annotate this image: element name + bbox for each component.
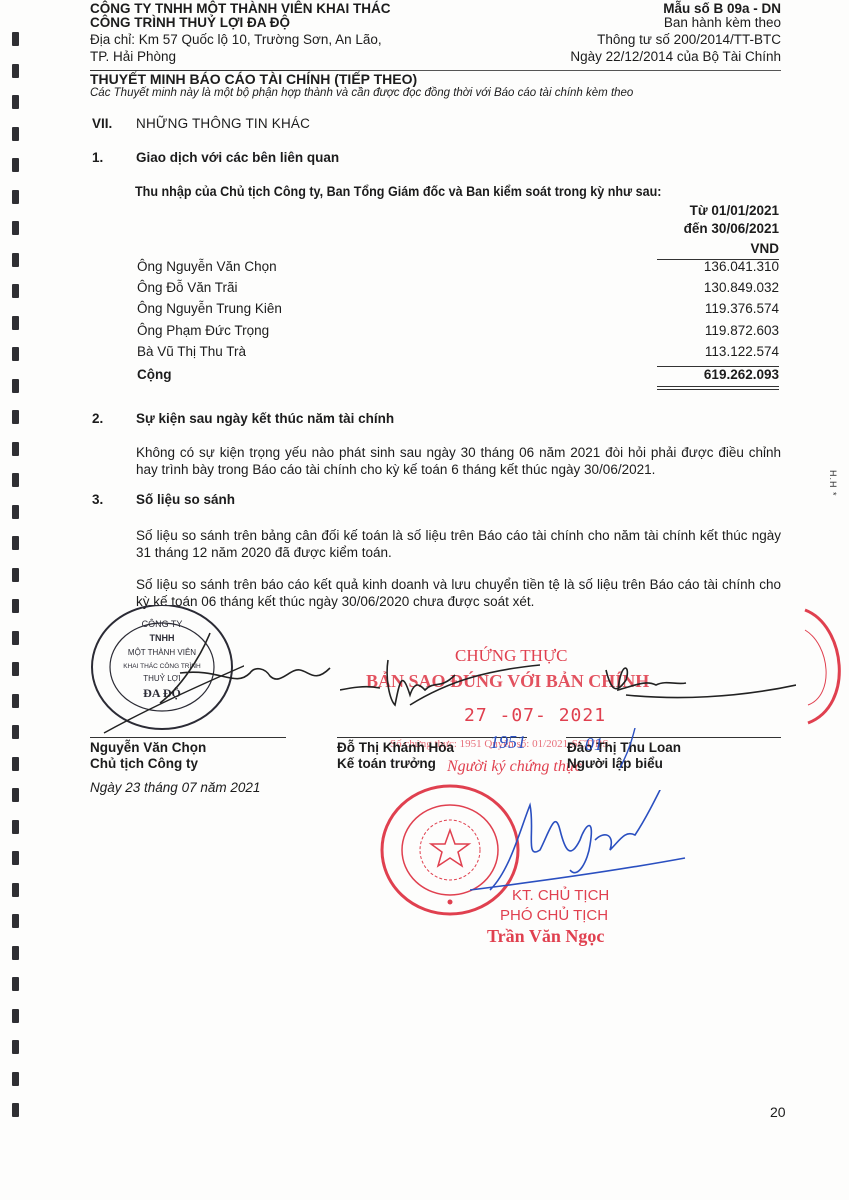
binding-hole	[12, 221, 19, 235]
company-name-line1: CÔNG TY TNHH MỘT THÀNH VIÊN KHAI THÁC	[90, 0, 470, 14]
binding-hole	[12, 883, 19, 897]
binding-hole	[12, 190, 19, 204]
person-name: Ông Nguyễn Trung Kiên	[137, 301, 282, 316]
income-table-row: Ông Nguyễn Trung Kiên119.376.574	[137, 301, 779, 322]
item-1-heading: 1. Giao dịch với các bên liên quan	[92, 150, 692, 168]
section-title: NHỮNG THÔNG TIN KHÁC	[136, 116, 310, 131]
company-address-line1: Địa chỉ: Km 57 Quốc lộ 10, Trường Sơn, A…	[90, 31, 470, 48]
preparer-signature-icon	[596, 650, 796, 710]
income-table-row: Ông Phạm Đức Trọng119.872.603	[137, 323, 779, 344]
income-table-column-header: Từ 01/01/2021 đến 30/06/2021 VND	[684, 202, 779, 258]
chairman-role: Chủ tịch Công ty	[90, 756, 206, 772]
binding-hole	[12, 599, 19, 613]
income-table-row: Ông Nguyễn Văn Chọn136.041.310	[137, 259, 779, 280]
signatory-accountant: Đỗ Thị Khánh Hòa Kế toán trưởng	[337, 740, 454, 772]
currency-label: VND	[684, 240, 779, 258]
income-table-row: Ông Đỗ Văn Trãi130.849.032	[137, 280, 779, 301]
binding-hole	[12, 631, 19, 645]
svg-text:1951: 1951	[490, 732, 526, 752]
binding-hole	[12, 977, 19, 991]
handwritten-book-number-icon: 1951 01	[475, 728, 655, 768]
accountant-signature-icon	[340, 650, 540, 720]
document-subtitle: Các Thuyết minh này là một bộ phận hợp t…	[90, 87, 633, 99]
document-title: THUYẾT MINH BÁO CÁO TÀI CHÍNH (TIẾP THEO…	[90, 71, 417, 87]
binding-hole	[12, 253, 19, 267]
binding-hole	[12, 662, 19, 676]
binding-hole	[12, 788, 19, 802]
income-table-intro: Thu nhập của Chủ tịch Công ty, Ban Tổng …	[135, 184, 661, 199]
signatory-chairman: Nguyễn Văn Chọn Chủ tịch Công ty	[90, 740, 206, 772]
circular-number: Thông tư số 200/2014/TT-BTC	[570, 31, 781, 48]
income-value: 119.376.574	[705, 301, 779, 316]
binding-hole	[12, 946, 19, 960]
section-number: VII.	[92, 116, 112, 131]
edge-seal-icon	[800, 605, 849, 725]
item-3-title: Số liệu so sánh	[136, 492, 235, 507]
certifier-position-1: KT. CHỦ TỊCH	[512, 887, 609, 904]
item-2-text: Không có sự kiện trọng yếu nào phát sinh…	[136, 444, 781, 478]
item-1-number: 1.	[92, 150, 103, 165]
binding-hole	[12, 568, 19, 582]
company-name-line2: CÔNG TRÌNH THUỶ LỢI ĐA ĐỘ	[90, 14, 470, 31]
total-double-rule-2	[657, 389, 779, 390]
accountant-role: Kế toán trưởng	[337, 756, 454, 772]
binding-hole	[12, 127, 19, 141]
signature-line-chairman	[90, 737, 286, 738]
binding-hole	[12, 32, 19, 46]
income-total-row: Cộng 619.262.093	[137, 367, 779, 388]
binding-hole	[12, 536, 19, 550]
binding-hole	[12, 1072, 19, 1086]
person-name: Bà Vũ Thị Thu Trà	[137, 344, 246, 359]
binding-hole	[12, 64, 19, 78]
income-table-row: Bà Vũ Thị Thu Trà113.122.574	[137, 344, 779, 365]
binding-hole	[12, 379, 19, 393]
section-heading: VII. NHỮNG THÔNG TIN KHÁC	[92, 116, 692, 134]
period-to: đến 30/06/2021	[684, 220, 779, 238]
form-reference: Mẫu số B 09a - DN Ban hành kèm theo Thôn…	[570, 4, 781, 65]
total-double-rule-1	[657, 386, 779, 387]
binding-hole	[12, 473, 19, 487]
item-3-number: 3.	[92, 492, 103, 507]
item-2-heading: 2. Sự kiện sau ngày kết thúc năm tài chí…	[92, 411, 692, 429]
total-value: 619.262.093	[704, 367, 779, 382]
item-2-number: 2.	[92, 411, 103, 426]
binding-hole	[12, 757, 19, 771]
binding-hole	[12, 725, 19, 739]
chairman-signature-icon	[140, 628, 340, 708]
income-value: 136.041.310	[704, 259, 779, 274]
item-2-title: Sự kiện sau ngày kết thúc năm tài chính	[136, 411, 394, 426]
binding-holes	[12, 0, 20, 1200]
binding-hole	[12, 316, 19, 330]
income-value: 130.849.032	[704, 280, 779, 295]
binding-hole	[12, 820, 19, 834]
circular-date: Ngày 22/12/2014 của Bộ Tài Chính	[570, 48, 781, 65]
sign-date: Ngày 23 tháng 07 năm 2021	[90, 780, 260, 795]
binding-hole	[12, 505, 19, 519]
binding-hole	[12, 851, 19, 865]
binding-hole	[12, 158, 19, 172]
person-name: Ông Nguyễn Văn Chọn	[137, 259, 277, 274]
period-from: Từ 01/01/2021	[684, 202, 779, 220]
binding-hole	[12, 442, 19, 456]
item-1-title: Giao dịch với các bên liên quan	[136, 150, 339, 165]
chairman-name: Nguyễn Văn Chọn	[90, 740, 206, 756]
company-address-line2: TP. Hải Phòng	[90, 48, 470, 65]
item-3-text-1: Số liệu so sánh trên bảng cân đối kế toá…	[136, 527, 781, 561]
vice-chairman-signature-icon	[470, 790, 700, 900]
svg-text:01: 01	[585, 734, 603, 754]
binding-hole	[12, 347, 19, 361]
page-number: 20	[770, 1104, 786, 1120]
binding-hole	[12, 694, 19, 708]
item-3-heading: 3. Số liệu so sánh	[92, 492, 692, 510]
accountant-name: Đỗ Thị Khánh Hòa	[337, 740, 454, 756]
certifier-name: Trần Văn Ngọc	[487, 926, 604, 947]
person-name: Ông Đỗ Văn Trãi	[137, 280, 238, 295]
income-value: 113.122.574	[705, 344, 779, 359]
form-number: Mẫu số B 09a - DN	[570, 0, 781, 14]
certifier-position-2: PHÓ CHỦ TỊCH	[500, 907, 608, 924]
binding-hole	[12, 1103, 19, 1117]
company-header: CÔNG TY TNHH MỘT THÀNH VIÊN KHAI THÁC CÔ…	[90, 4, 470, 65]
binding-hole	[12, 914, 19, 928]
binding-hole	[12, 95, 19, 109]
binding-hole	[12, 1040, 19, 1054]
person-name: Ông Phạm Đức Trọng	[137, 323, 269, 338]
binding-hole	[12, 410, 19, 424]
binding-hole	[12, 284, 19, 298]
margin-stamp-mark: H.H *	[822, 470, 838, 497]
total-label: Cộng	[137, 367, 172, 382]
binding-hole	[12, 1009, 19, 1023]
issued-with: Ban hành kèm theo	[570, 14, 781, 31]
income-value: 119.872.603	[705, 323, 779, 338]
